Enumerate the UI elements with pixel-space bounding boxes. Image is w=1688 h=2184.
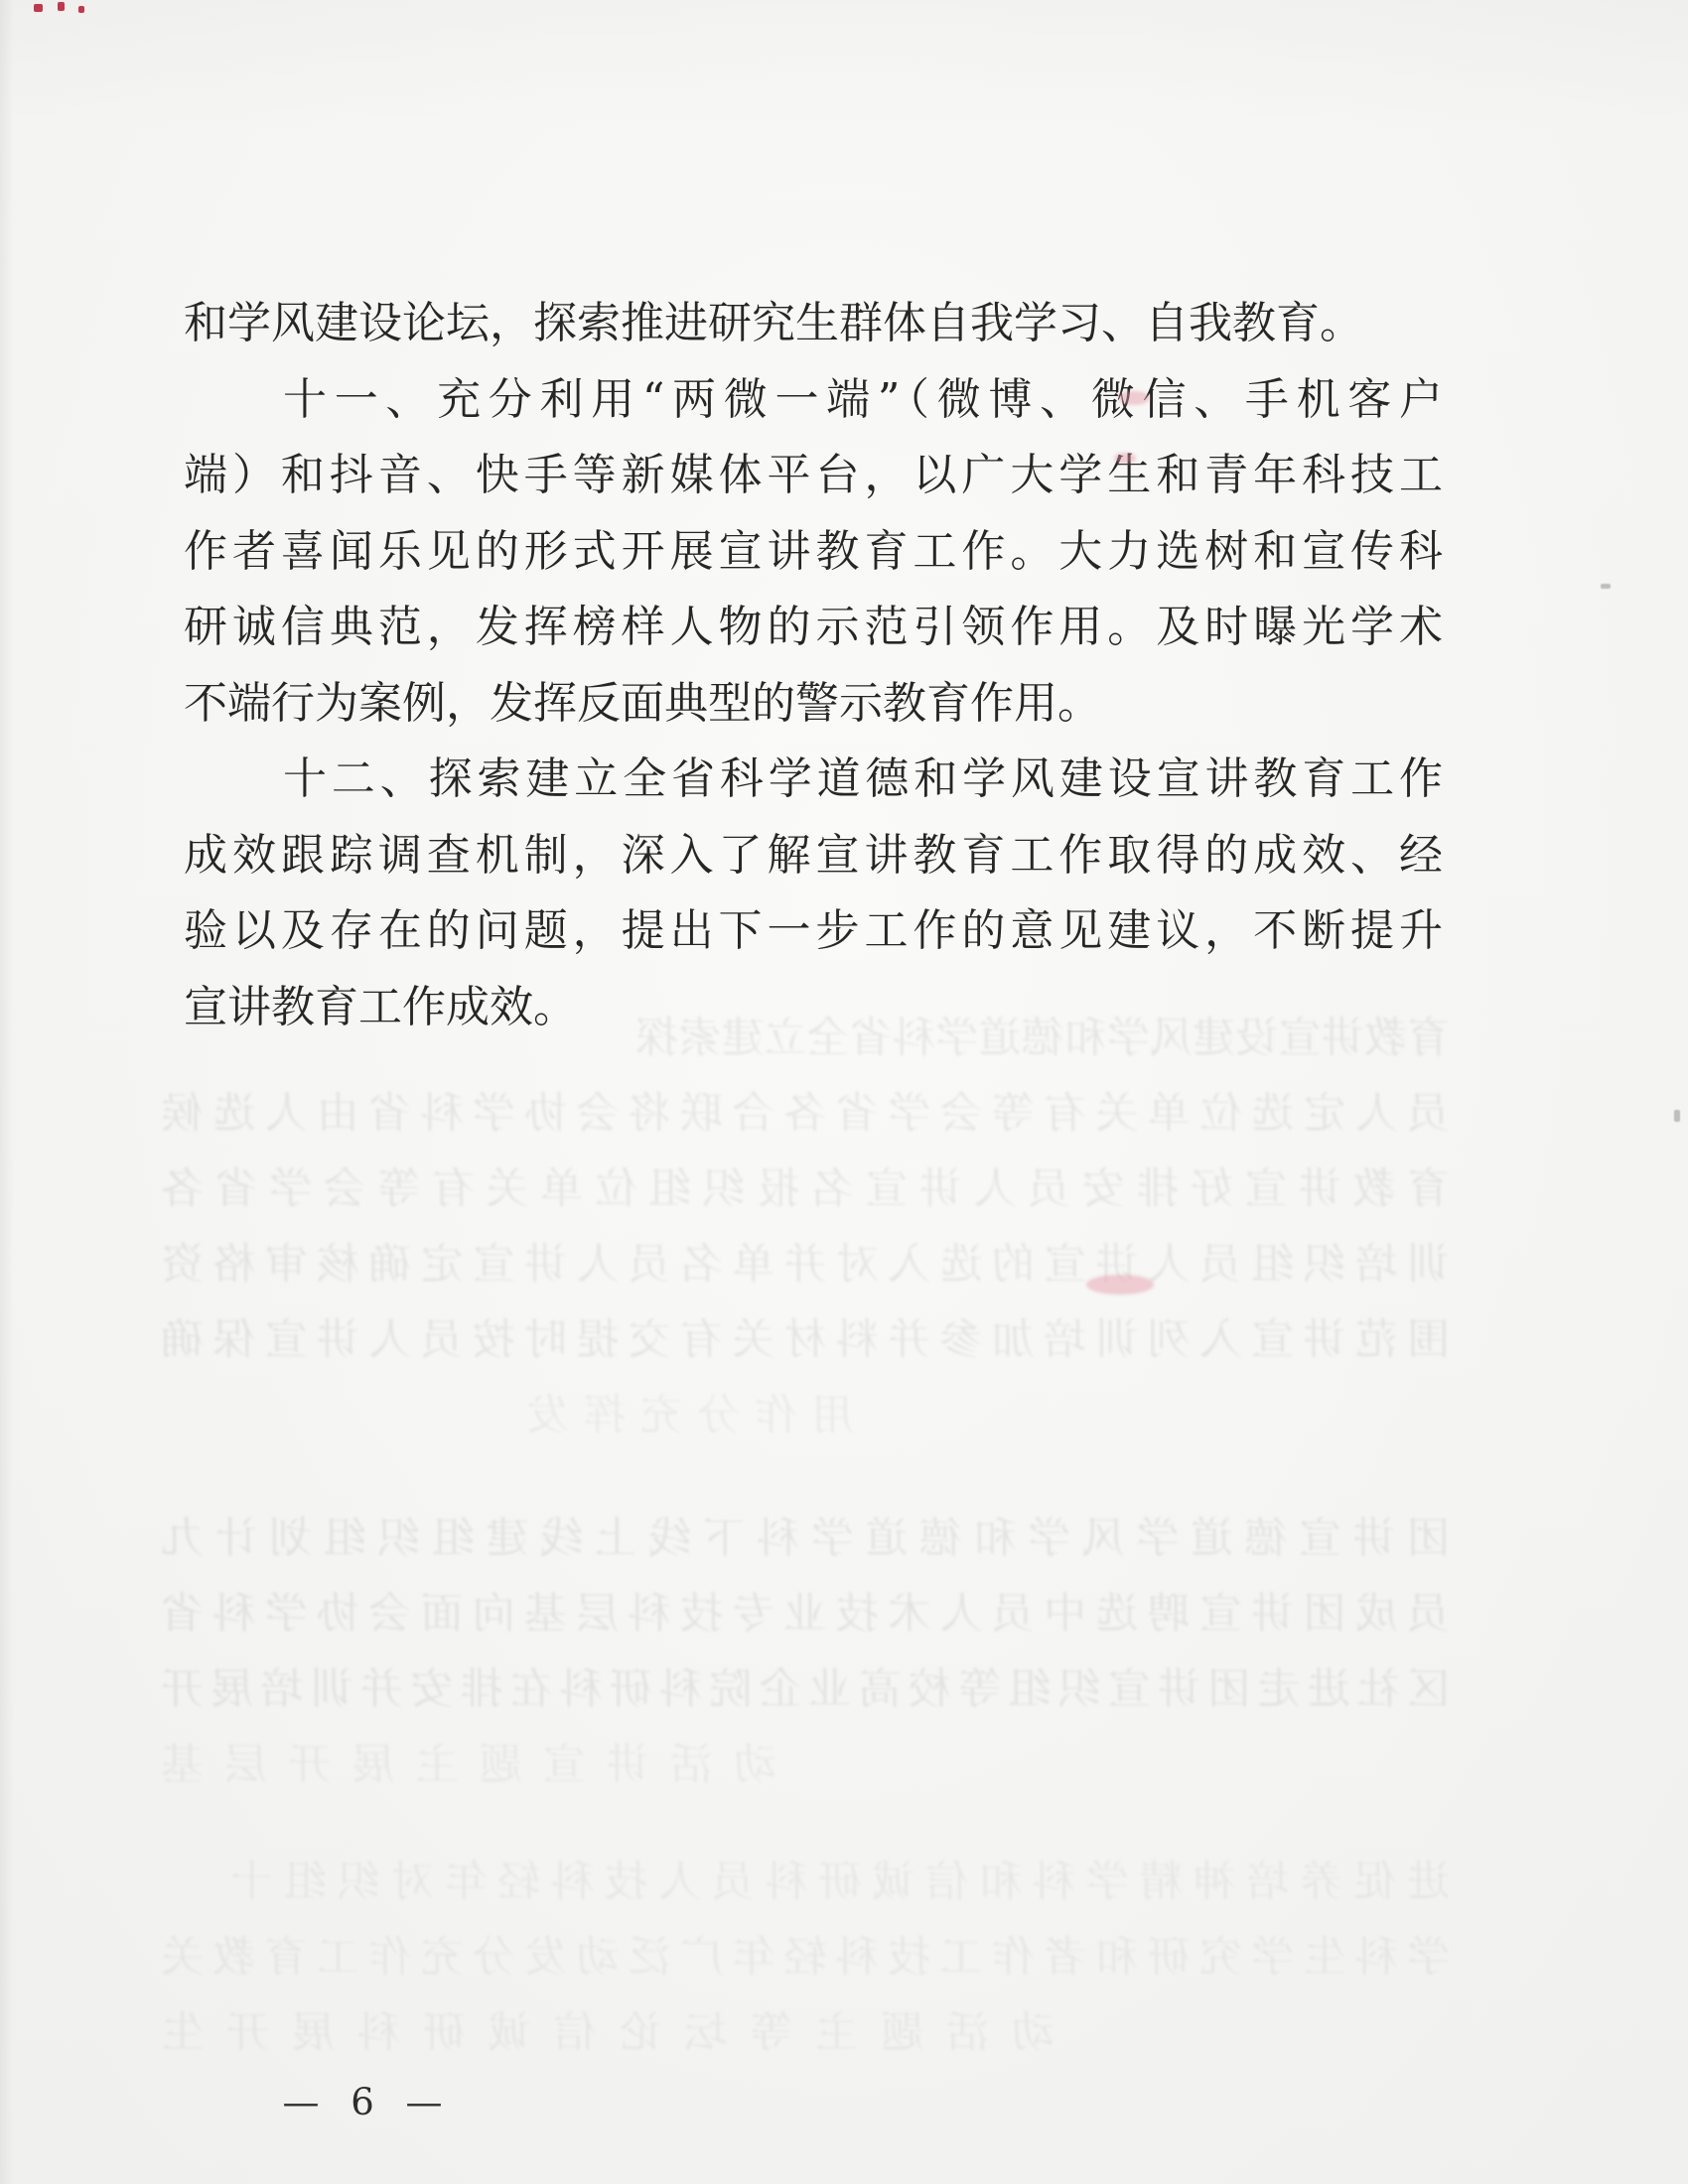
scan-artifact-red-speck <box>58 2 65 11</box>
body-line: 端）和抖音、快手等新媒体平台，以广大学生和青年科技工 <box>184 438 1443 514</box>
body-line: 十二、探索建立全省科学道德和学风建设宣讲教育工作 <box>184 742 1443 818</box>
bleedthrough-line: 进促养培神精学科和信诚研科员人技科轻年对织组十 <box>230 1848 1450 1908</box>
scanned-document-page: 育教讲宣设建风学和德道学科省全立建索探 员人定选位单关有等会学省各合联将会协学科… <box>0 0 1688 2184</box>
page-number: — 6 — <box>238 2081 496 2123</box>
body-line: 宣讲教育工作成效。 <box>184 970 1443 1046</box>
bleedthrough-line: 动活讲宣题主展开层基 <box>161 1731 776 1791</box>
scan-artifact-gray-tick <box>1674 1110 1680 1122</box>
bleedthrough-line: 员人定选位单关有等会学省各合联将会协学科省由人选候 <box>161 1080 1450 1140</box>
body-line: 作者喜闻乐见的形式开展宣讲教育工作。大力选树和宣传科 <box>184 514 1443 591</box>
bleedthrough-line: 训培织组员人讲宣的选入对并单名员人讲宣定确核审格资 <box>161 1231 1450 1291</box>
bleedthrough-line: 员成团讲宣聘选中员人术技业专技科层基向面会协学科省 <box>161 1580 1450 1640</box>
bleedthrough-line: 育教讲宣好排安员人讲宣名报织组位单关有等会学省各 <box>161 1156 1450 1215</box>
scan-artifact-gray-tick <box>1601 584 1611 589</box>
scan-artifact-red-speck <box>78 6 84 13</box>
body-line: 十一、充分利用“两微一端”（微博、微信、手机客户 <box>184 362 1443 439</box>
body-line: 研诚信典范，发挥榜样人物的示范引领作用。及时曝光学术 <box>184 590 1443 666</box>
bleedthrough-line: 学科生学究研和者作工技科轻年广泛动发分充作工育教关 <box>161 1924 1450 1983</box>
scan-artifact-red-speck <box>34 4 43 12</box>
body-line: 和学风建设论坛，探索推进研究生群体自我学习、自我教育。 <box>184 286 1443 362</box>
bleedthrough-line: 围范讲宣入列训培加参并料材关有交提时按员人讲宣保确 <box>161 1306 1450 1366</box>
bleedthrough-line: 用作分充挥发 <box>526 1382 854 1441</box>
document-body: 和学风建设论坛，探索推进研究生群体自我学习、自我教育。 十一、充分利用“两微一端… <box>184 286 1443 1045</box>
body-line: 成效跟踪调查机制，深入了解宣讲教育工作取得的成效、经 <box>184 818 1443 894</box>
body-line: 不端行为案例，发挥反面典型的警示教育作用。 <box>184 666 1443 743</box>
bleedthrough-line: 动活题主等坛论信诚研科展开生 <box>161 1999 1055 2059</box>
scan-artifact-pink-smudge <box>1086 1275 1154 1295</box>
body-line: 验以及存在的问题，提出下一步工作的意见建议，不断提升 <box>184 893 1443 970</box>
bleedthrough-line: 团讲宣德道学风学和德道学科下线上线建组织组划计九 <box>161 1505 1450 1565</box>
bleedthrough-line: 区社进走团讲宣织组等校高业企院科研科在排安并训培展开 <box>161 1656 1450 1715</box>
